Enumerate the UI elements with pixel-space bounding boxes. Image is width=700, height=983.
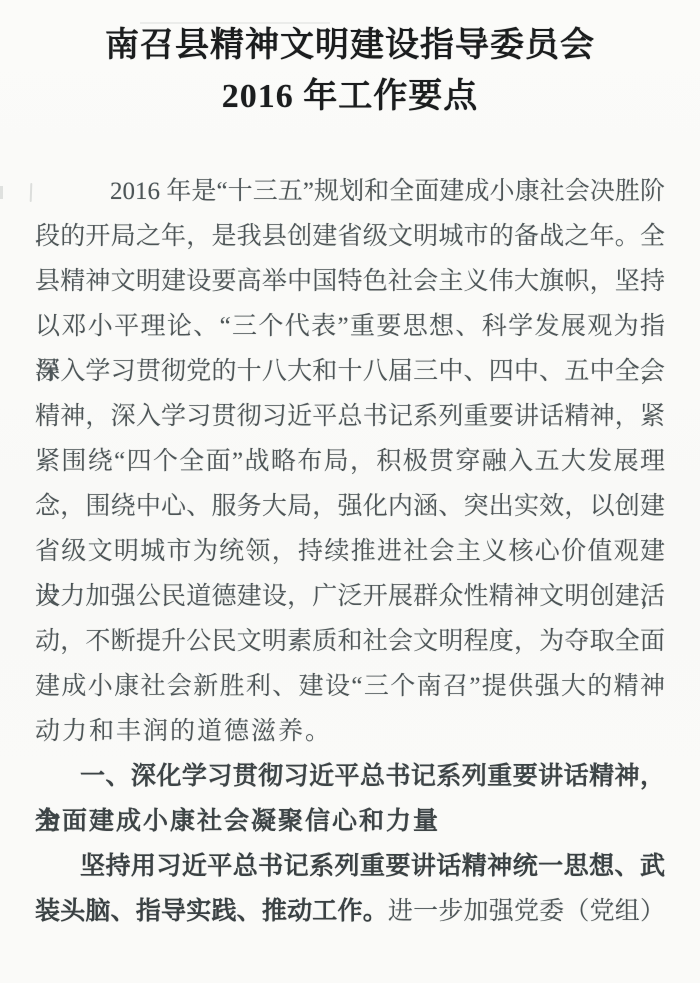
body-line: 动，不断提升公民文明素质和社会文明程度，为夺取全面	[35, 619, 665, 664]
body-text-segment: 动，不断提升公民文明素质和社会文明程度，为夺取全面	[35, 628, 665, 655]
document-title-line1: 南召县精神文明建设指导委员会	[0, 25, 700, 67]
body-line: 精神，深入学习贯彻习近平总书记系列重要讲话精神，紧	[35, 394, 665, 439]
body-line: 大力加强公民道德建设，广泛开展群众性精神文明创建活	[35, 574, 665, 619]
body-line: 动力和丰润的道德滋养。	[35, 709, 665, 754]
body-line: 全面建成小康社会凝聚信心和力量	[35, 799, 665, 844]
body-text-segment: 全面建成小康社会凝聚信心和力量	[35, 807, 440, 835]
body-text-segment: 深入学习贯彻党的十八大和十八届三中、四中、五中全会	[35, 358, 665, 385]
body-line: 坚持用习近平总书记系列重要讲话精神统一思想、武	[35, 844, 665, 889]
body-line: 段的开局之年，是我县创建省级文明城市的备战之年。全	[35, 214, 665, 259]
body-text-segment: 动力和丰润的道德滋养。	[35, 718, 332, 745]
body-text-segment: 坚持用习近平总书记系列重要讲话精神统一思想、武	[80, 853, 665, 880]
body-line: 建成小康社会新胜利、建设“三个南召”提供强大的精神	[35, 664, 665, 709]
body-line: 深入学习贯彻党的十八大和十八届三中、四中、五中全会	[35, 349, 665, 394]
body-text-segment: 紧围绕“四个全面”战略布局，积极贯穿融入五大发展理	[35, 448, 665, 475]
body-line: 一、深化学习贯彻习近平总书记系列重要讲话精神，为	[35, 754, 665, 799]
body-text-segment: 建成小康社会新胜利、建设“三个南召”提供强大的精神	[35, 673, 665, 700]
body-text-segment: 2016 年是“十三五”规划和全面建成小康社会决胜阶	[110, 178, 665, 205]
body-text-segment: 装头脑、指导实践、推动工作。	[35, 898, 388, 925]
document-title-line2: 2016 年工作要点	[0, 76, 700, 118]
body-text-segment: 大力加强公民道德建设，广泛开展群众性精神文明创建活	[35, 583, 665, 610]
body-text-segment: 念，围绕中心、服务大局，强化内涵、突出实效，以创建	[35, 493, 665, 520]
body-line: 装头脑、指导实践、推动工作。进一步加强党委（党组）	[35, 889, 665, 934]
body-text-segment: 县精神文明建设要高举中国特色社会主义伟大旗帜，坚持	[35, 268, 665, 295]
body-line: 紧围绕“四个全面”战略布局，积极贯穿融入五大发展理	[35, 439, 665, 484]
document-title-block: 南召县精神文明建设指导委员会 2016 年工作要点	[0, 0, 700, 118]
scanned-document-page: 南召县精神文明建设指导委员会 2016 年工作要点 2016 年是“十三五”规划…	[0, 0, 700, 983]
body-text-segment: 段的开局之年，是我县创建省级文明城市的备战之年。全	[35, 223, 665, 250]
body-line: 省级文明城市为统领，持续推进社会主义核心价值观建设，	[35, 529, 665, 574]
scan-streak-artifact	[140, 22, 330, 24]
body-line: 2016 年是“十三五”规划和全面建成小康社会决胜阶	[35, 169, 665, 214]
body-line: 以邓小平理论、“三个代表”重要思想、科学发展观为指导，	[35, 304, 665, 349]
body-line: 念，围绕中心、服务大局，强化内涵、突出实效，以创建	[35, 484, 665, 529]
body-line: 县精神文明建设要高举中国特色社会主义伟大旗帜，坚持	[35, 259, 665, 304]
document-body: 2016 年是“十三五”规划和全面建成小康社会决胜阶段的开局之年，是我县创建省级…	[0, 169, 700, 934]
body-text-segment: 进一步加强党委（党组）	[388, 898, 665, 925]
scan-edge-smudge-artifact	[0, 186, 3, 199]
body-text-segment: 精神，深入学习贯彻习近平总书记系列重要讲话精神，紧	[35, 403, 665, 430]
